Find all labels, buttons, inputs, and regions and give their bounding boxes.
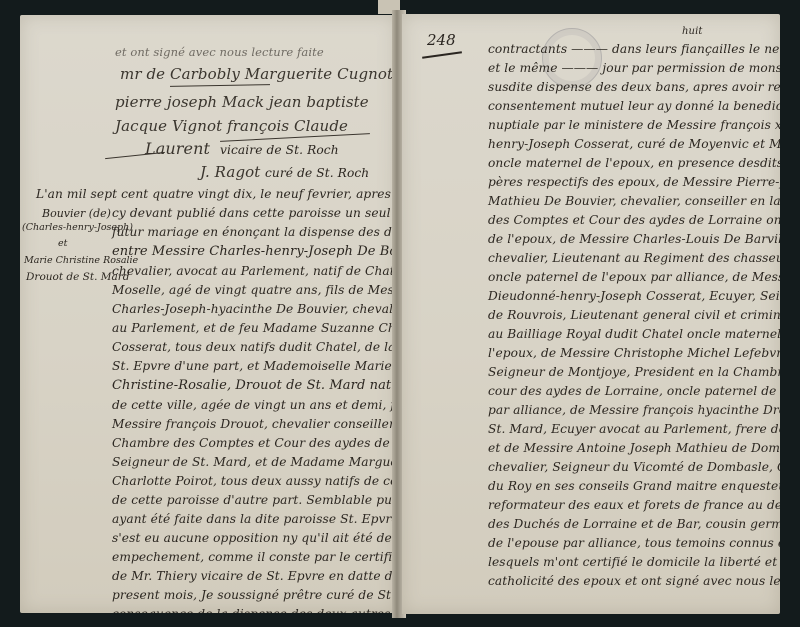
record-line: empechement, comme il conste par le cert… — [112, 550, 396, 564]
page-number-underline — [422, 51, 462, 58]
record-line: oncle maternel de l'epoux, en presence d… — [488, 156, 780, 170]
record-line: de cette ville, agée de vingt un ans et … — [112, 398, 396, 412]
record-line: Mathieu De Bouvier, chevalier, conseille… — [488, 194, 780, 208]
cure-signature: J. Ragot — [200, 163, 260, 181]
record-line: henry-Joseph Cosserat, curé de Moyenvic … — [488, 137, 780, 151]
witness-signatures-line1: mr de Carbobly Marguerite Cugnot — [120, 65, 393, 83]
record-line: des Comptes et Cour des aydes de Lorrain… — [488, 213, 780, 227]
record-line: au Bailliage Royal dudit Chatel oncle ma… — [488, 327, 780, 341]
record-line: Messire françois Drouot, chevalier conse… — [112, 417, 396, 431]
signature-flourish — [170, 84, 270, 87]
record-line: et le même ——— jour par permission de mo… — [488, 61, 780, 75]
record-line: cy devant publié dans cette paroisse un … — [112, 206, 396, 220]
left-page: et ont signé avec nous lecture faite mr … — [20, 15, 396, 613]
record-line: du Roy en ses conseils Grand maitre enqu… — [488, 479, 780, 493]
record-line: Charlotte Poirot, tous deux aussy natifs… — [112, 474, 396, 488]
record-line: nuptiale par le ministere de Messire fra… — [488, 118, 780, 132]
record-line: L'an mil sept cent quatre vingt dix, le … — [36, 187, 396, 201]
margin-note-conjunction: et — [58, 238, 67, 249]
record-line: cour des aydes de Lorraine, oncle patern… — [488, 384, 780, 398]
record-line: de cette paroisse d'autre part. Semblabl… — [112, 493, 396, 507]
record-line: Charles-Joseph-hyacinthe De Bouvier, che… — [112, 302, 396, 316]
record-line: de l'epoux, de Messire Charles-Louis De … — [488, 232, 780, 246]
record-line: chevalier, Lieutenant au Regiment des ch… — [488, 251, 780, 265]
record-line: catholicité des epoux et ont signé avec … — [488, 574, 780, 588]
record-line: Dieudonné-henry-Joseph Cosserat, Ecuyer,… — [488, 289, 780, 303]
record-line: Chambre des Comptes et Cour des aydes de… — [112, 436, 396, 450]
record-line: Seigneur de St. Mard, et de Madame Margu… — [112, 455, 396, 469]
witness-signatures-line3: Jacque Vignot françois Claude — [115, 117, 348, 135]
record-line: Moselle, agé de vingt quatre ans, fils d… — [112, 283, 396, 297]
interlinear-note: huit — [682, 26, 703, 37]
record-line: l'epoux, de Messire Christophe Michel Le… — [488, 346, 780, 360]
witness-signatures-line2: pierre joseph Mack jean baptiste — [115, 93, 369, 111]
margin-note-groom-surname: Bouvier (de) — [42, 207, 111, 220]
record-line: au Parlement, et de feu Madame Suzanne C… — [112, 321, 396, 335]
record-line: Christine-Rosalie, Drouot de St. Mard na… — [112, 378, 396, 393]
vicaire-title: vicaire de St. Roch — [220, 143, 339, 157]
record-line: et de Messire Antoine Joseph Mathieu de … — [488, 441, 780, 455]
record-line: reformateur des eaux et forets de france… — [488, 498, 780, 512]
page-number: 248 — [427, 31, 456, 49]
seal-stamp-icon — [542, 28, 602, 88]
record-line: consentement mutuel leur ay donné la ben… — [488, 99, 780, 113]
record-line: consequence de la dispense des deux autr… — [112, 607, 396, 613]
record-line: chevalier, avocat au Parlement, natif de… — [112, 264, 396, 278]
record-line: s'est eu aucune opposition ny qu'il ait … — [112, 531, 396, 545]
record-line: de Mr. Thiery vicaire de St. Epvre en da… — [112, 569, 396, 583]
record-line: lesquels m'ont certifié le domicile la l… — [488, 555, 780, 569]
right-page: 248 huit contractants ——— dans leurs fia… — [402, 14, 780, 614]
record-line: St. Epvre d'une part, et Mademoiselle Ma… — [112, 359, 396, 373]
closing-formula: et ont signé avec nous lecture faite — [115, 45, 324, 59]
record-line: entre Messire Charles-henry-Joseph De Bo… — [112, 244, 396, 259]
record-line: Cosserat, tous deux natifs dudit Chatel,… — [112, 340, 396, 354]
record-line: des Duchés de Lorraine et de Bar, cousin… — [488, 517, 780, 531]
vicaire-signature: Laurent — [145, 139, 210, 158]
record-line: pères respectifs des epoux, de Messire P… — [488, 175, 780, 189]
cure-title: curé de St. Roch — [265, 166, 369, 180]
record-line: susdite dispense des deux bans, apres av… — [488, 80, 780, 94]
record-line: St. Mard, Ecuyer avocat au Parlement, fr… — [488, 422, 780, 436]
record-line: de Rouvrois, Lieutenant general civil et… — [488, 308, 780, 322]
record-line: ayant été faite dans la dite paroisse St… — [112, 512, 396, 526]
record-line: futur mariage en énonçant la dispense de… — [112, 225, 396, 239]
record-line: contractants ——— dans leurs fiançailles … — [488, 42, 780, 56]
record-line: par alliance, de Messire françois hyacin… — [488, 403, 780, 417]
record-line: chevalier, Seigneur du Vicomté de Dombas… — [488, 460, 780, 474]
record-line: Seigneur de Montjoye, President en la Ch… — [488, 365, 780, 379]
record-line: de l'epouse par alliance, tous temoins c… — [488, 536, 780, 550]
record-line: present mois, Je soussigné prêtre curé d… — [112, 588, 396, 602]
record-line: oncle paternel de l'epoux par alliance, … — [488, 270, 780, 284]
